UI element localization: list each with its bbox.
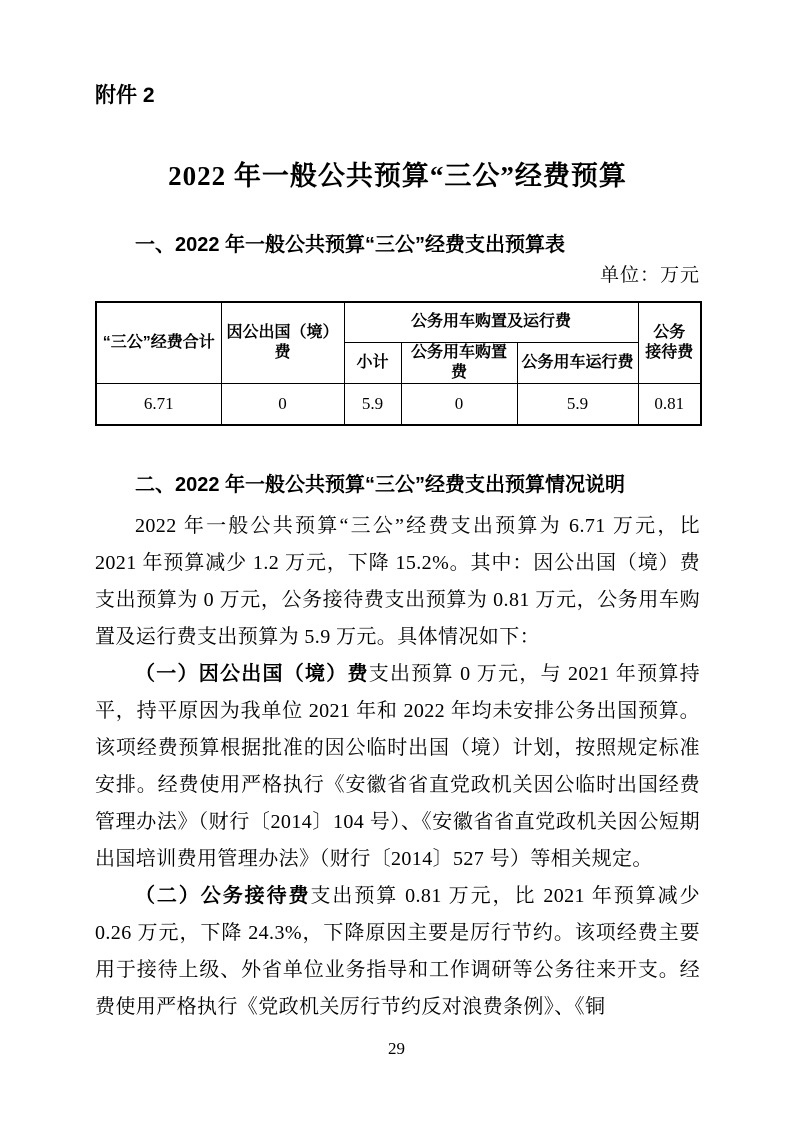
col-header-reception: 公务 接待费 xyxy=(638,302,701,383)
value-abroad: 0 xyxy=(221,383,344,425)
value-reception: 0.81 xyxy=(638,383,701,425)
table-header-row-1: “三公”经费合计 因公出国（境）费 公务用车购置及运行费 公务 接待费 xyxy=(96,302,701,342)
unit-note: 单位：万元 xyxy=(95,264,700,288)
value-vehicle-purchase: 0 xyxy=(401,383,517,425)
value-vehicle-operation: 5.9 xyxy=(517,383,638,425)
col-header-vehicle-purchase: 公务用车购置费 xyxy=(401,342,517,383)
value-vehicle-subtotal: 5.9 xyxy=(344,383,401,425)
attachment-label: 附件 2 xyxy=(95,84,700,108)
item-1-paragraph: （一）因公出国（境）费支出预算 0 万元，与 2021 年预算持平，持平原因为我… xyxy=(95,656,700,878)
overview-paragraph: 2022 年一般公共预算“三公”经费支出预算为 6.71 万元，比 2021 年… xyxy=(95,508,700,656)
item-1-text: 支出预算 0 万元，与 2021 年预算持平，持平原因为我单位 2021 年和 … xyxy=(95,663,700,870)
table-data-row: 6.71 0 5.9 0 5.9 0.81 xyxy=(96,383,701,425)
section-2-heading: 二、2022 年一般公共预算“三公”经费支出预算情况说明 xyxy=(95,472,700,498)
value-total: 6.71 xyxy=(96,383,221,425)
item-1-lead: （一）因公出国（境）费 xyxy=(135,663,369,685)
budget-table: “三公”经费合计 因公出国（境）费 公务用车购置及运行费 公务 接待费 小计 公… xyxy=(95,301,702,426)
item-2-lead: （二）公务接待费 xyxy=(135,885,310,907)
section-2-body: 2022 年一般公共预算“三公”经费支出预算为 6.71 万元，比 2021 年… xyxy=(95,508,700,1026)
section-1-heading: 一、2022 年一般公共预算“三公”经费支出预算表 xyxy=(95,232,700,258)
col-header-abroad: 因公出国（境）费 xyxy=(221,302,344,383)
page-number: 29 xyxy=(0,1038,793,1060)
document-page: 附件 2 2022 年一般公共预算“三公”经费预算 一、2022 年一般公共预算… xyxy=(0,0,793,1122)
document-title: 2022 年一般公共预算“三公”经费预算 xyxy=(95,158,700,194)
col-header-total: “三公”经费合计 xyxy=(96,302,221,383)
col-header-vehicle-operation: 公务用车运行费 xyxy=(517,342,638,383)
col-header-vehicle-subtotal: 小计 xyxy=(344,342,401,383)
item-2-paragraph: （二）公务接待费支出预算 0.81 万元，比 2021 年预算减少 0.26 万… xyxy=(95,878,700,1026)
col-header-vehicle-group: 公务用车购置及运行费 xyxy=(344,302,638,342)
